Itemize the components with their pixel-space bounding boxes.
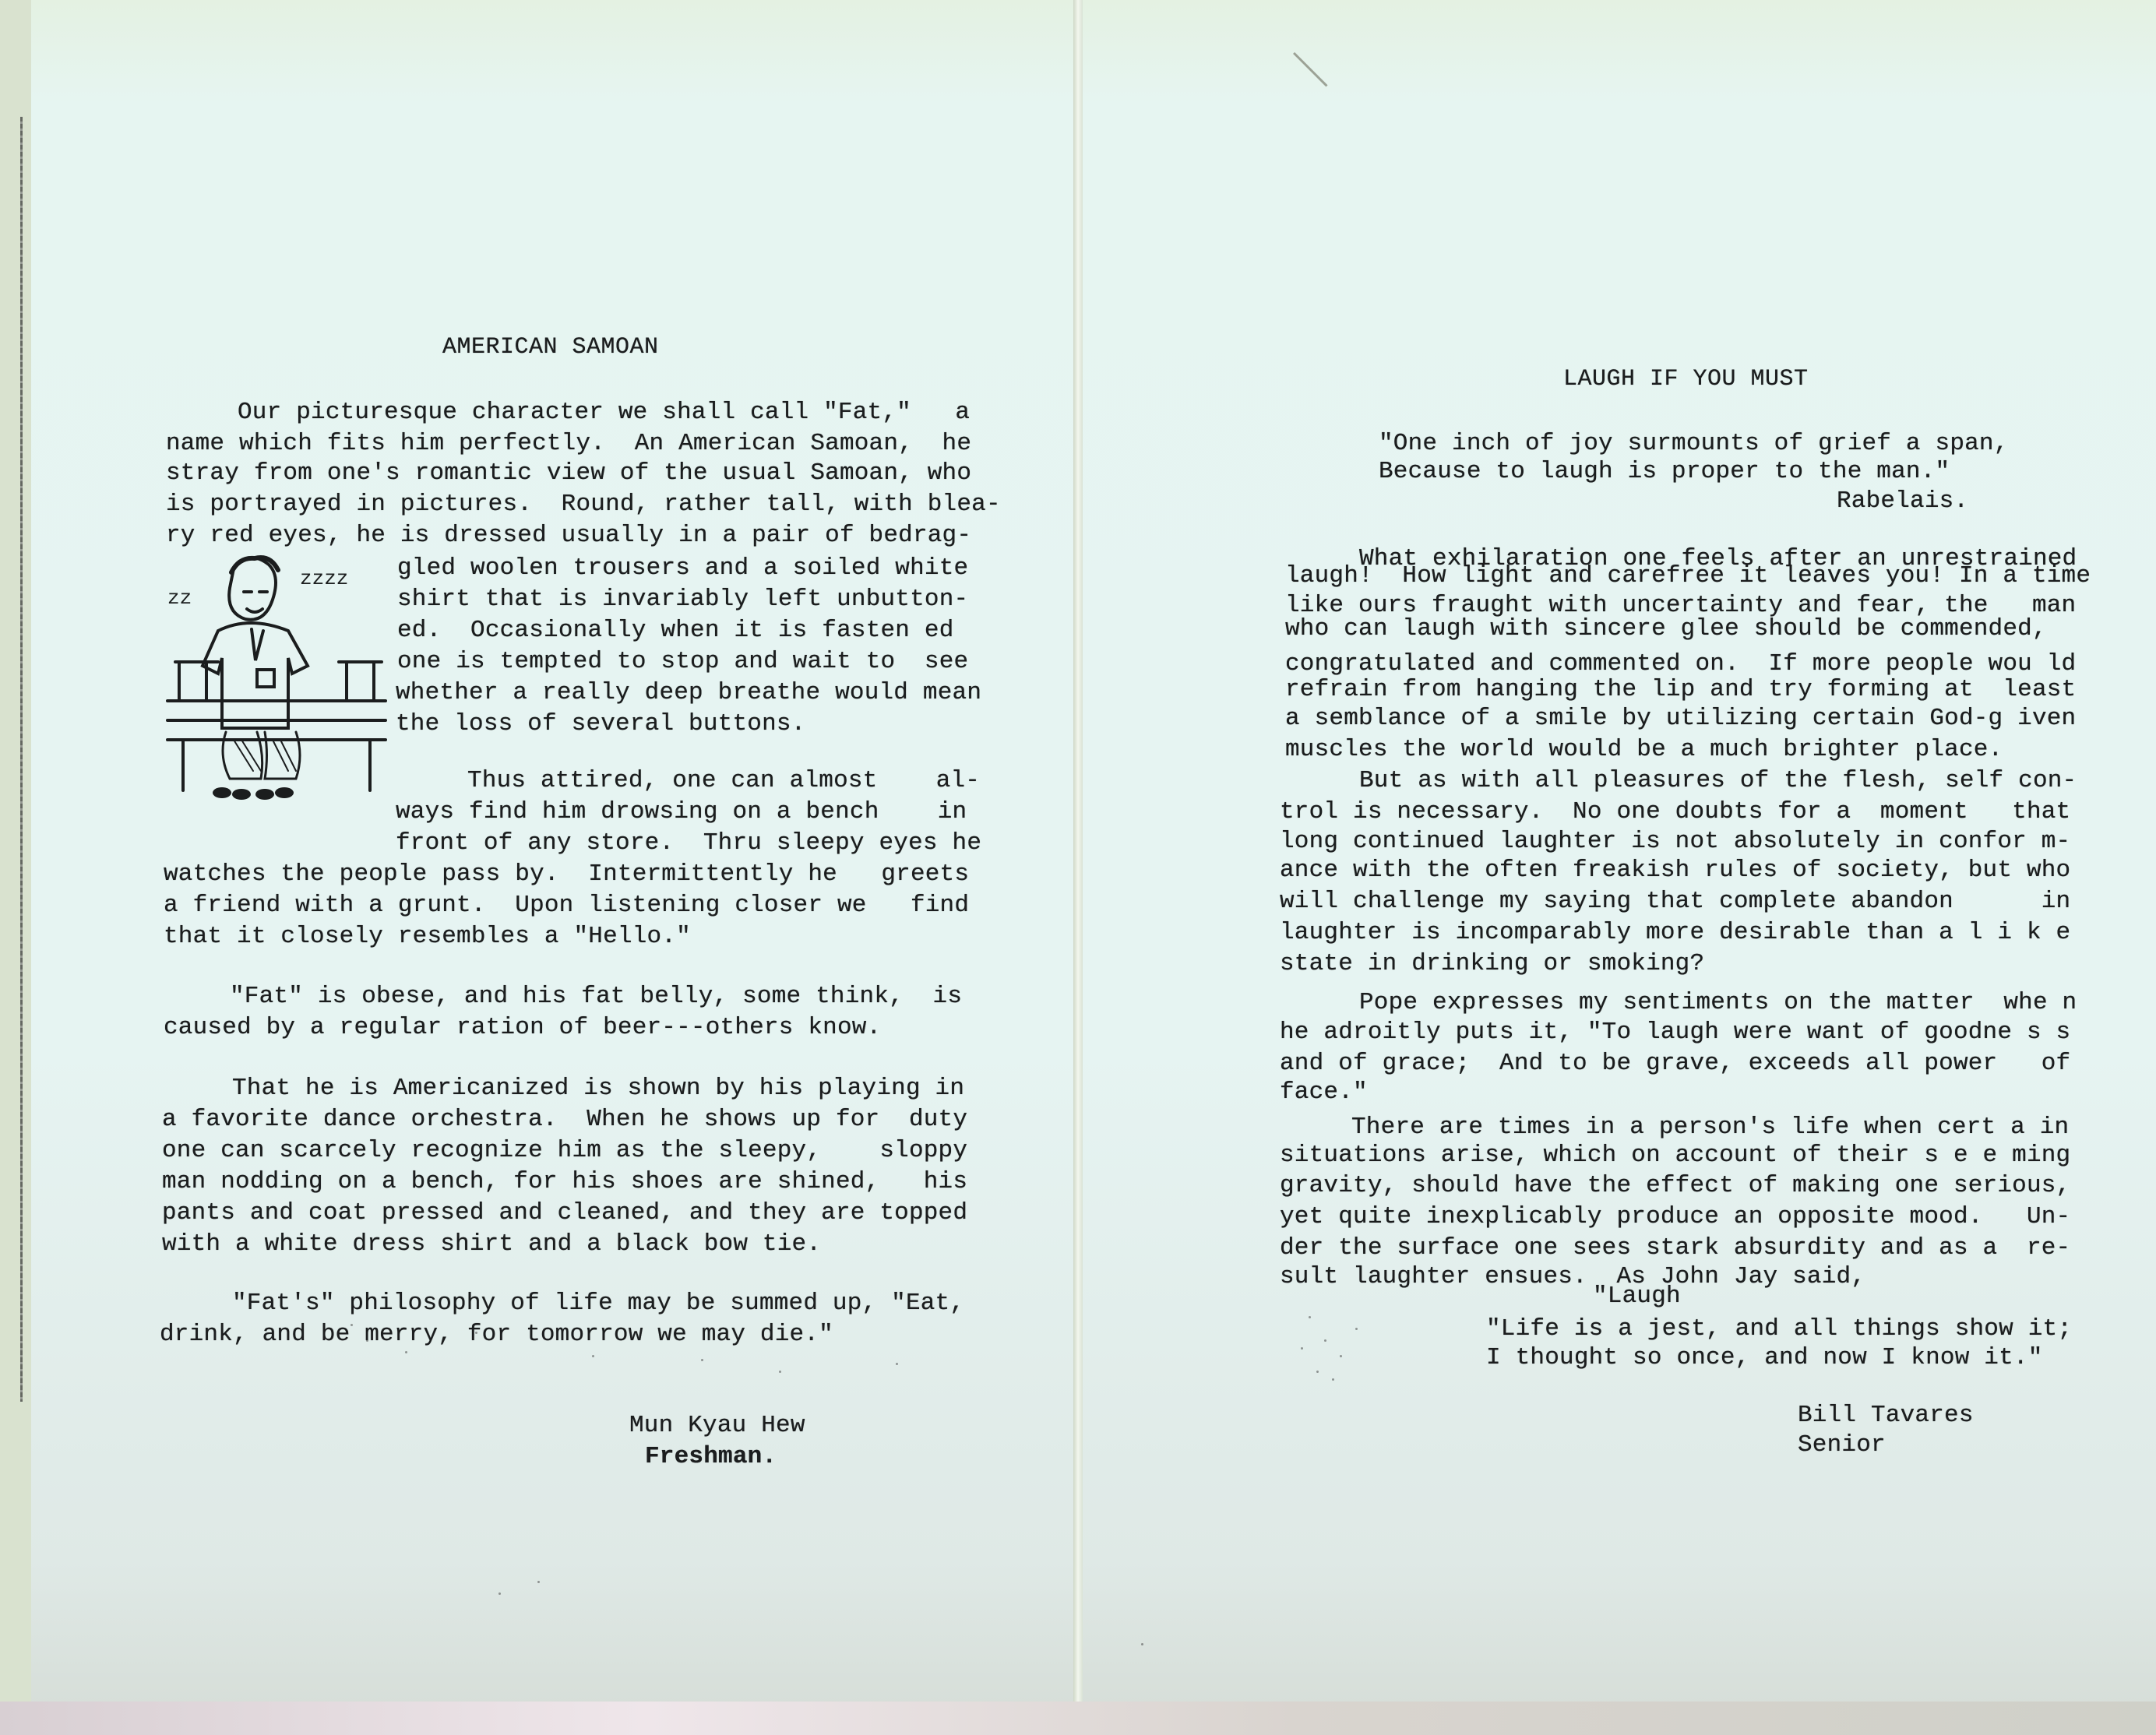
left-body-line: Thus attired, one can almost al- [467, 767, 980, 795]
right-body-line: face." [1280, 1079, 1368, 1107]
left-body-line: "Fat's" philosophy of life may be summed… [232, 1290, 964, 1318]
sleeping-man-on-bench-icon: zz zzzz [160, 545, 393, 802]
left-body-line: front of any store. Thru sleepy eyes he [396, 829, 981, 857]
right-body-line: situations arise, which on account of th… [1280, 1142, 2070, 1170]
right-body-line: laughter is incomparably more desirable … [1280, 919, 2070, 947]
left-body-line: ed. Occasionally when it is fasten ed [397, 617, 954, 645]
left-body-line: gled woolen trousers and a soiled white [397, 554, 968, 582]
left-body-line: caused by a regular ration of beer---oth… [164, 1014, 881, 1042]
ink-speck [366, 1339, 368, 1342]
epigraph-attribution: Rabelais. [1837, 487, 1968, 516]
right-body-line: Pope expresses my sentiments on the matt… [1359, 989, 2077, 1017]
left-body-line: that it closely resembles a "Hello." [164, 923, 691, 951]
right-body-line: who can laugh with sincere glee should b… [1285, 615, 2047, 643]
left-body-line: a favorite dance orchestra. When he show… [162, 1106, 967, 1134]
ink-speck [1316, 1371, 1319, 1373]
ink-speck [592, 1355, 594, 1357]
right-author-class: Senior [1798, 1431, 1886, 1459]
right-body-line: long continued laughter is not absolutel… [1280, 828, 2070, 856]
ink-speck [498, 1592, 501, 1595]
closing-quote-line-3: I thought so once, and now I know it." [1486, 1344, 2043, 1372]
left-body-line: the loss of several buttons. [396, 710, 806, 738]
right-author-name: Bill Tavares [1798, 1402, 1974, 1430]
right-body-line: muscles the world would be a much bright… [1285, 736, 2003, 764]
left-body-line: ways find him drowsing on a bench in [396, 798, 967, 826]
page-gutter [1073, 0, 1083, 1735]
svg-text:zzzz: zzzz [300, 567, 348, 590]
right-body-line: sult laughter ensues. As John Jay said, [1280, 1263, 1865, 1291]
svg-text:zz: zz [167, 586, 192, 610]
closing-quote-line-2: "Life is a jest, and all things show it; [1486, 1315, 2072, 1343]
ink-speck [1301, 1347, 1303, 1350]
right-body-line: laugh! How light and carefree it leaves … [1285, 562, 2091, 590]
left-author-class: Freshman. [645, 1443, 777, 1471]
right-body-line: But as with all pleasures of the flesh, … [1359, 767, 2077, 795]
right-body-line: a semblance of a smile by utilizing cert… [1285, 705, 2076, 733]
left-body-line: one is tempted to stop and wait to see [397, 648, 968, 676]
left-body-line: a friend with a grunt. Upon listening cl… [164, 892, 969, 920]
left-body-line: pants and coat pressed and cleaned, and … [162, 1199, 967, 1227]
document-spread: AMERICAN SAMOAN Our picturesque characte… [0, 0, 2156, 1735]
right-body-line: yet quite inexplicably produce an opposi… [1280, 1203, 2070, 1231]
left-body-line: That he is Americanized is shown by his … [232, 1075, 964, 1103]
right-body-line: will challenge my saying that complete a… [1280, 888, 2070, 916]
ink-speck [351, 1324, 353, 1326]
ink-speck [779, 1371, 781, 1373]
right-body-line: trol is necessary. No one doubts for a m… [1280, 798, 2070, 826]
binding-edge [20, 117, 23, 1402]
left-body-line: is portrayed in pictures. Round, rather … [166, 491, 1001, 519]
right-body-line: ance with the often freakish rules of so… [1280, 857, 2070, 885]
ink-speck [896, 1363, 898, 1365]
left-body-line: stray from one's romantic view of the us… [166, 459, 971, 487]
closing-quote-line-1: "Laugh [1593, 1283, 1681, 1311]
left-body-line: "Fat" is obese, and his fat belly, some … [230, 983, 962, 1011]
right-body-line: gravity, should have the effect of makin… [1280, 1172, 2070, 1200]
left-body-line: whether a really deep breathe would mean [396, 679, 981, 707]
left-author-name: Mun Kyau Hew [629, 1412, 805, 1440]
ink-speck [405, 1351, 407, 1353]
left-body-line: with a white dress shirt and a black bow… [162, 1230, 821, 1258]
left-body-line: one can scarcely recognize him as the sl… [162, 1137, 967, 1165]
right-body-line: There are times in a person's life when … [1351, 1114, 2069, 1142]
left-body-line: drink, and be merry, for tomorrow we may… [160, 1321, 833, 1349]
right-body-line: der the surface one sees stark absurdity… [1280, 1234, 2070, 1262]
right-body-line: congratulated and commented on. If more … [1285, 650, 2076, 678]
ink-speck [475, 1332, 477, 1334]
epigraph-line-1: "One inch of joy surmounts of grief a sp… [1379, 430, 2009, 458]
left-body-line: Our picturesque character we shall call … [238, 399, 970, 427]
left-body-line: shirt that is invariably left unbutton- [397, 586, 968, 614]
ink-speck [701, 1359, 703, 1361]
ink-speck [1355, 1328, 1358, 1330]
ink-speck [1141, 1643, 1143, 1645]
ink-speck [1309, 1316, 1311, 1318]
right-page-title: LAUGH IF YOU MUST [1563, 365, 1809, 393]
left-body-line: name which fits him perfectly. An Americ… [166, 430, 971, 458]
left-body-line: watches the people pass by. Intermittent… [164, 860, 969, 889]
ink-speck [1332, 1378, 1334, 1381]
scan-bottom-edge [0, 1702, 2156, 1735]
right-body-line: state in drinking or smoking? [1280, 950, 1704, 978]
right-body-line: he adroitly puts it, "To laugh were want… [1280, 1019, 2070, 1047]
right-body-line: and of grace; And to be grave, exceeds a… [1280, 1050, 2070, 1078]
right-body-line: refrain from hanging the lip and try for… [1285, 676, 2076, 704]
ink-speck [537, 1581, 540, 1583]
left-page-title: AMERICAN SAMOAN [442, 333, 659, 361]
left-body-line: man nodding on a bench, for his shoes ar… [162, 1168, 967, 1196]
epigraph-line-2: Because to laugh is proper to the man." [1379, 458, 1950, 486]
ink-speck [1340, 1355, 1342, 1357]
ink-speck [1324, 1339, 1326, 1342]
